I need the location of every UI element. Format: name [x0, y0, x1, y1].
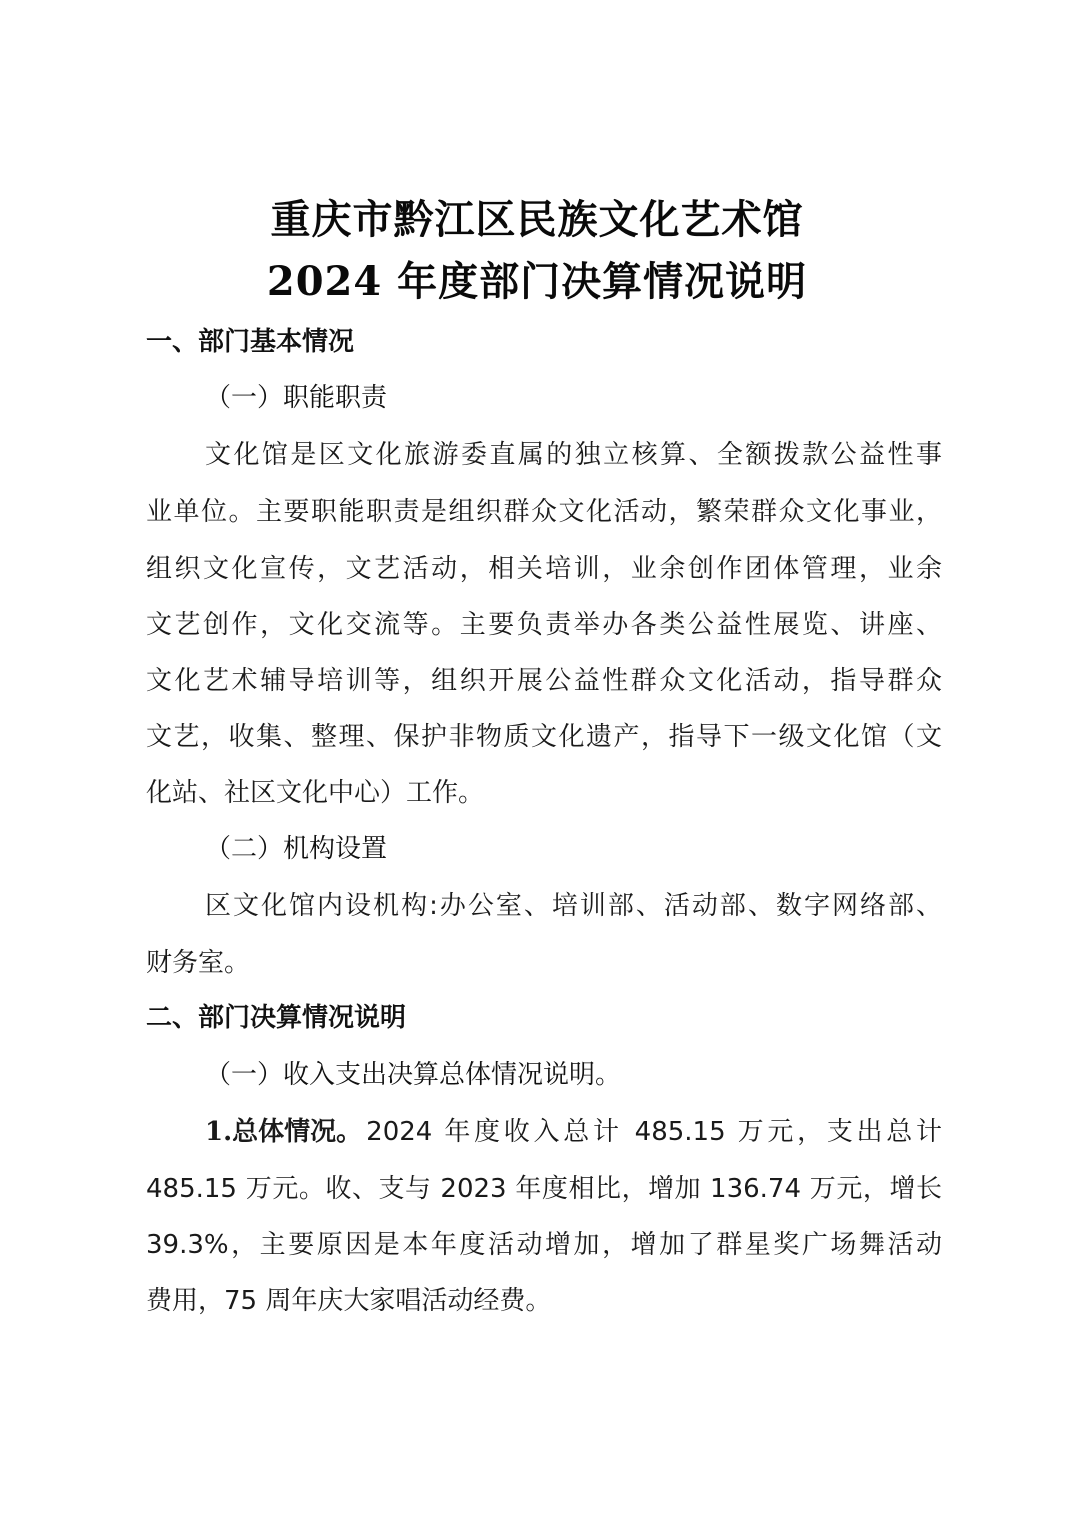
paragraph-line-first: 1.总体情况。 2024 年度收入总计 485.15 万元，支出总计: [205, 1115, 942, 1149]
subsection-heading-functions: （一）职能职责: [205, 381, 387, 415]
paragraph-line: 文艺，收集、整理、保护非物质文化遗产，指导下一级文化馆（文: [146, 720, 942, 754]
paragraph-line: 区文化馆内设机构:办公室、培训部、活动部、数字网络部、: [205, 889, 942, 923]
item-label-overall: 1.总体情况。: [205, 1115, 362, 1149]
document-title-line2: 2024 年度部门决算情况说明: [0, 258, 1074, 306]
paragraph-line: 费用，75 周年庆大家唱活动经费。: [146, 1284, 942, 1318]
subsection-heading-organization: （二）机构设置: [205, 832, 387, 866]
paragraph-line: 485.15 万元。收、支与 2023 年度相比，增加 136.74 万元，增长: [146, 1172, 942, 1206]
section-heading-final-accounts: 二、部门决算情况说明: [146, 1001, 406, 1035]
paragraph-line: 组织文化宣传，文艺活动，相关培训，业余创作团体管理，业余: [146, 552, 942, 586]
document-page: 重庆市黔江区民族文化艺术馆 2024 年度部门决算情况说明 一、部门基本情况 （…: [0, 0, 1074, 1520]
paragraph-line: 化站、社区文化中心）工作。: [146, 776, 942, 810]
section-heading-basic-info: 一、部门基本情况: [146, 325, 354, 359]
paragraph-line: 文艺创作，文化交流等。主要负责举办各类公益性展览、讲座、: [146, 608, 942, 642]
paragraph-line: 文化艺术辅导培训等，组织开展公益性群众文化活动，指导群众: [146, 664, 942, 698]
paragraph-line: 文化馆是区文化旅游委直属的独立核算、全额拨款公益性事: [205, 438, 942, 472]
subsection-heading-income-expense: （一）收入支出决算总体情况说明。: [205, 1058, 621, 1092]
paragraph-line: 39.3%，主要原因是本年度活动增加，增加了群星奖广场舞活动: [146, 1228, 942, 1262]
paragraph-line-text: 2024 年度收入总计 485.15 万元，支出总计: [366, 1115, 942, 1149]
document-title-line1: 重庆市黔江区民族文化艺术馆: [0, 196, 1074, 244]
paragraph-line: 业单位。主要职能职责是组织群众文化活动，繁荣群众文化事业，: [146, 495, 942, 529]
paragraph-line: 财务室。: [146, 946, 942, 980]
